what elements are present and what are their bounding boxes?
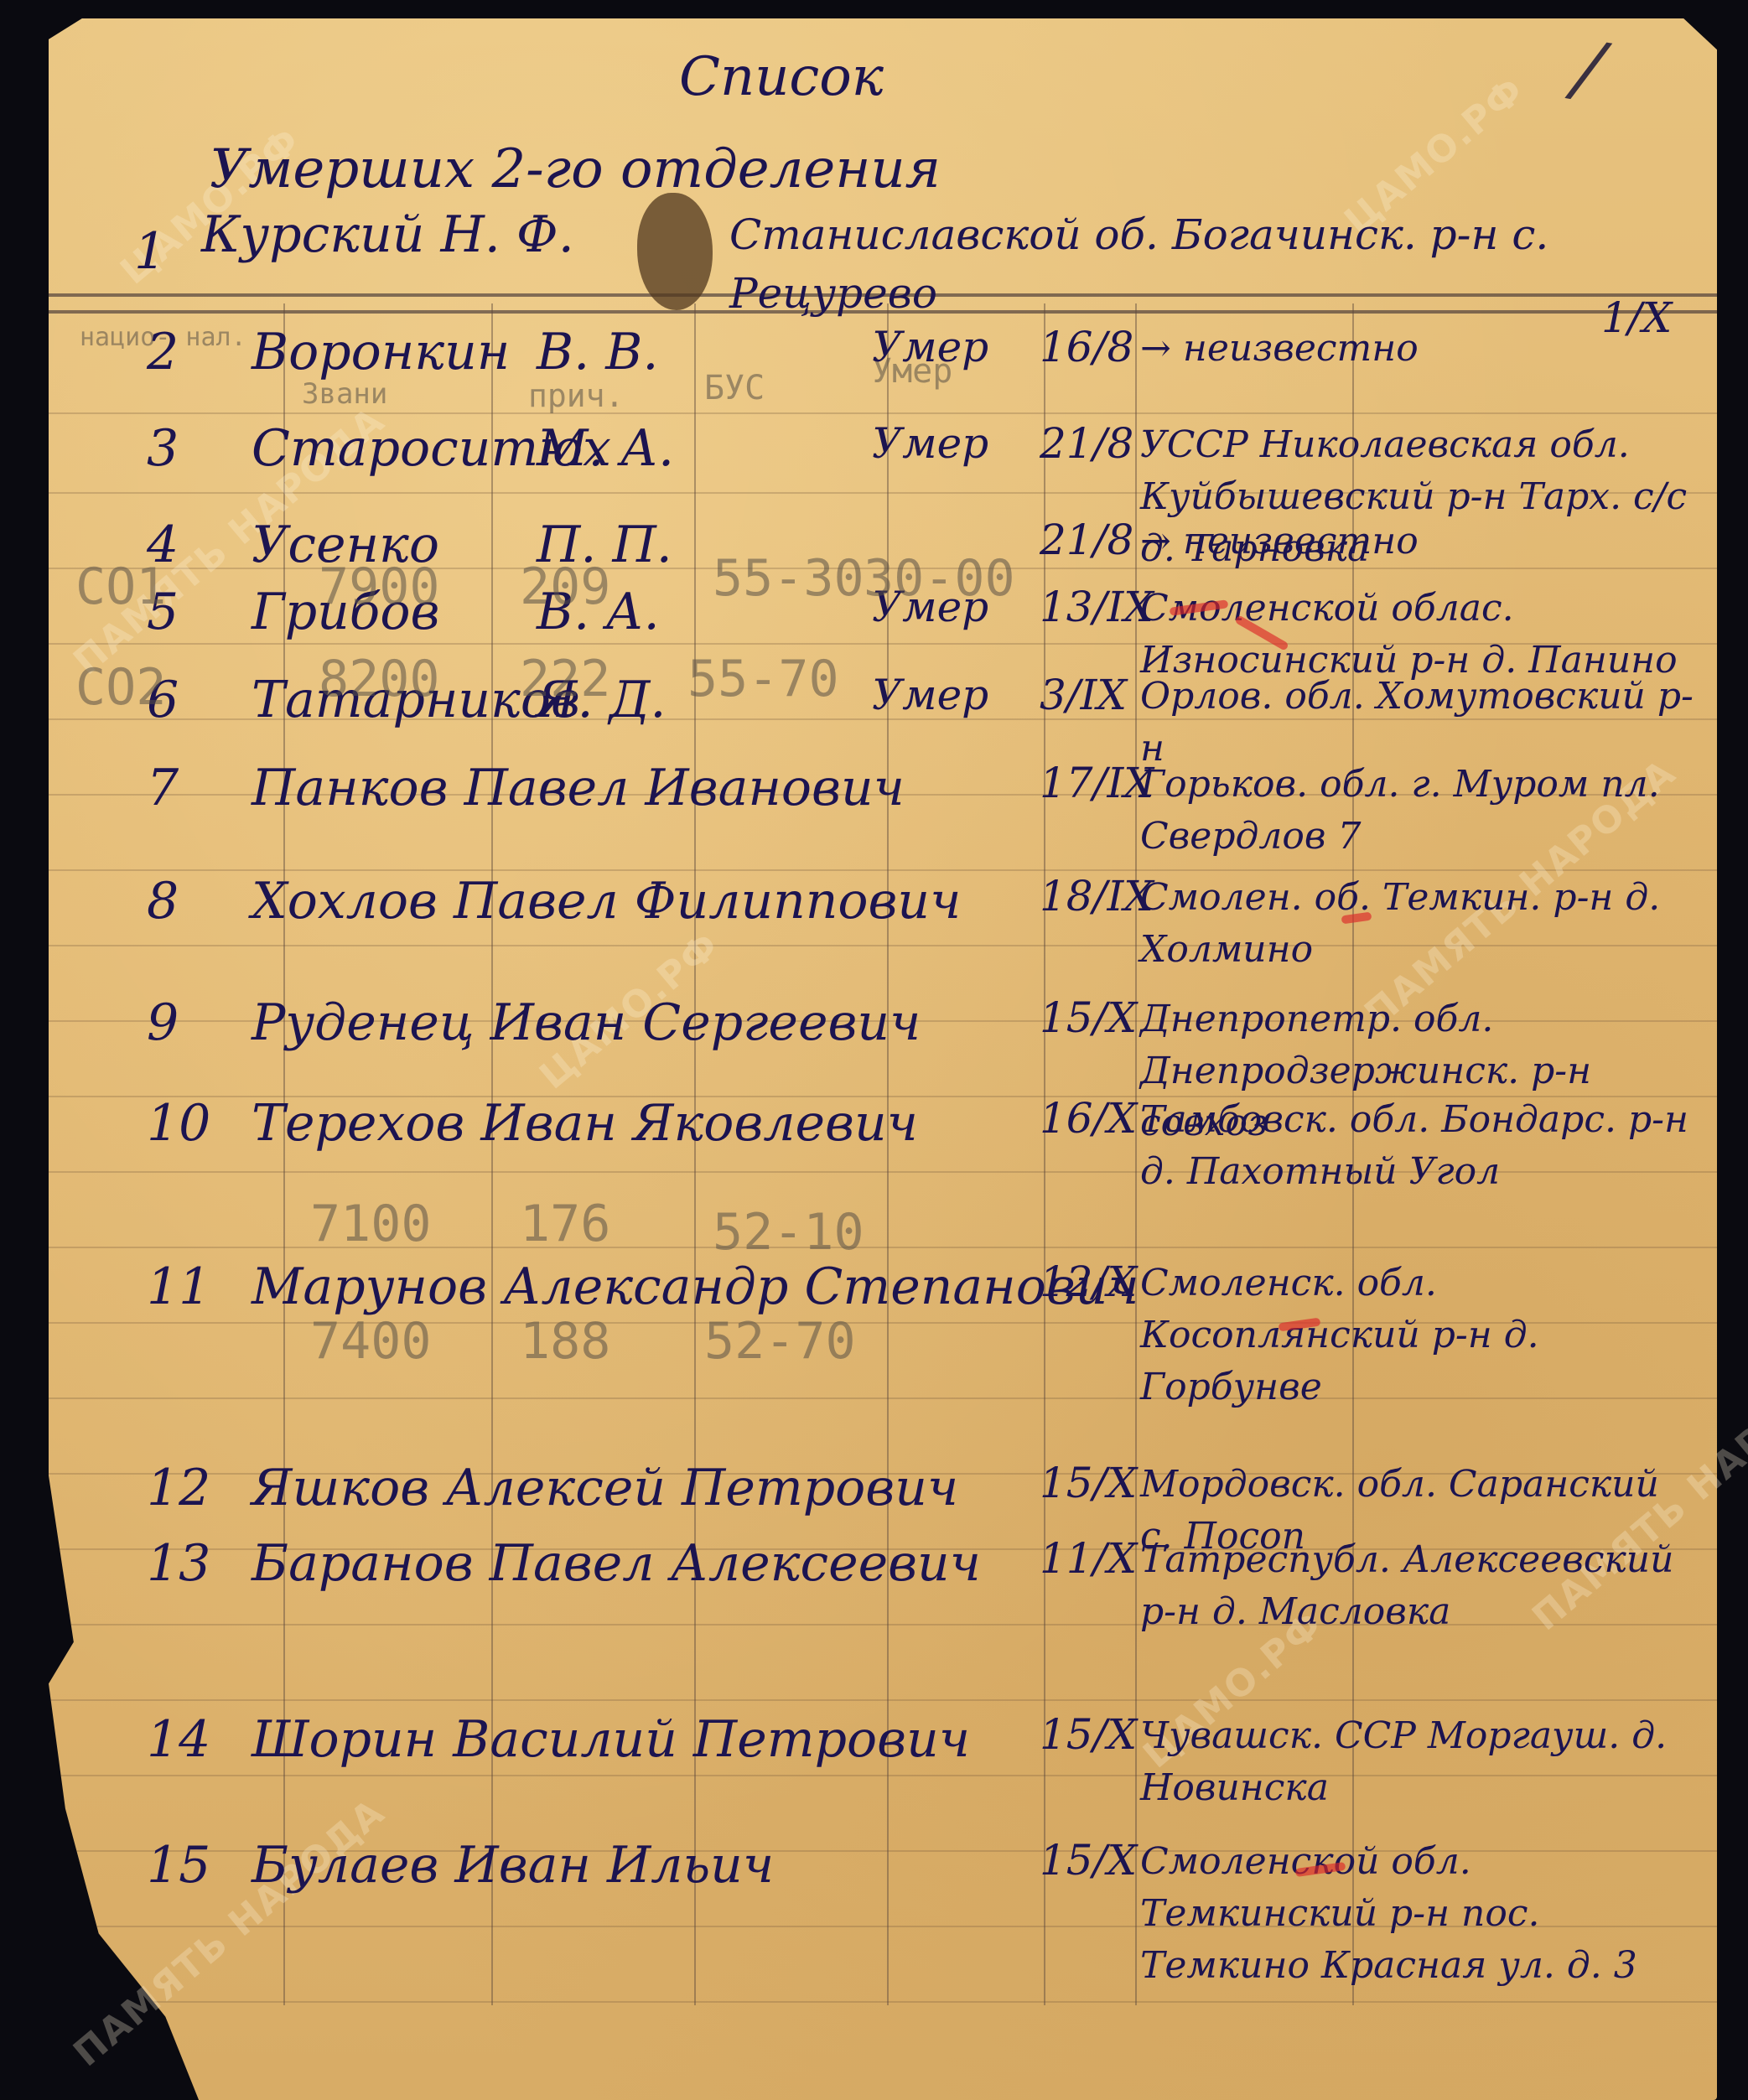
ink-stain bbox=[637, 193, 713, 310]
entry-date: 13/IX bbox=[1040, 583, 1154, 631]
pencil-note: 8200 bbox=[319, 650, 440, 708]
entry-status: Умер bbox=[872, 323, 988, 371]
entry-address: Татреспубл. Алексеевский р-н д. Масловка bbox=[1140, 1534, 1694, 1638]
entry-address: Тамбовск. обл. Бондарс. р-н д. Пахотный … bbox=[1140, 1094, 1694, 1198]
pencil-note: 52-70 bbox=[704, 1312, 856, 1371]
entry-address: Чувашск. ССР Моргауш. д. Новинска bbox=[1140, 1710, 1694, 1814]
pencil-note: 52-10 bbox=[713, 1203, 864, 1262]
entry-address: → неизвестно bbox=[1140, 323, 1694, 375]
entry-date: 12/X bbox=[1040, 1257, 1137, 1306]
page-title: Список bbox=[679, 46, 884, 108]
entry-date: 16/8 bbox=[1040, 323, 1133, 371]
pencil-note: 30-00 bbox=[864, 549, 1015, 608]
pencil-note: 188 bbox=[520, 1312, 610, 1371]
column-header: БУС bbox=[704, 369, 765, 407]
entry-date: 3/IX bbox=[1040, 671, 1127, 719]
pencil-note: 55-70 bbox=[687, 650, 839, 708]
pencil-note: 7900 bbox=[319, 557, 440, 616]
entry-address: Смоленск. обл. Косоплянский р-н д. Горбу… bbox=[1140, 1257, 1694, 1413]
entry-date: 18/IX bbox=[1040, 872, 1154, 920]
entry-name: Терехов Иван Яковлевич bbox=[252, 1094, 918, 1153]
entry-name: Панков Павел Иванович bbox=[252, 759, 905, 817]
pencil-note: 55-30 bbox=[713, 549, 864, 608]
page-subtitle: Умерших 2-го отделения bbox=[210, 138, 941, 200]
entry-status: Умер bbox=[872, 671, 988, 719]
entry-initials: В. В. bbox=[537, 323, 658, 381]
entry-date: 21/8 bbox=[1040, 419, 1133, 468]
entry-number: 7 bbox=[147, 759, 179, 817]
entry-number: 2 bbox=[147, 323, 179, 381]
pencil-note: 7100 bbox=[310, 1195, 432, 1253]
entry-name: Руденец Иван Сергеевич bbox=[252, 993, 921, 1052]
entry-name: Булаев Иван Ильич bbox=[252, 1836, 774, 1895]
entry-address: Смоленской обл. Темкинский р-н пос. Темк… bbox=[1140, 1836, 1694, 1992]
entry-number: 1 bbox=[134, 222, 166, 281]
entry-name: Марунов Александр Степанович bbox=[252, 1257, 1139, 1316]
pencil-note: 209 bbox=[520, 557, 610, 616]
column-header: прич. bbox=[528, 377, 624, 414]
entry-date: 15/X bbox=[1040, 1710, 1137, 1759]
entry-address: → неизвестно bbox=[1140, 516, 1694, 568]
entry-date: 21/8 bbox=[1040, 516, 1133, 564]
entry-date: 15/X bbox=[1040, 1836, 1137, 1885]
entry-name: Курский Н. Ф. bbox=[201, 205, 574, 264]
entry-initials: М. А. bbox=[537, 419, 674, 478]
entry-date: 16/X bbox=[1040, 1094, 1137, 1143]
entry-status: Умер bbox=[872, 419, 988, 468]
entry-number: 8 bbox=[147, 872, 179, 931]
entry-name: Баранов Павел Алексеевич bbox=[252, 1534, 981, 1593]
entry-number: 3 bbox=[147, 419, 179, 478]
pencil-note: СО2 bbox=[75, 658, 166, 717]
entry-date: 15/X bbox=[1040, 1459, 1137, 1507]
entry-number: 10 bbox=[147, 1094, 210, 1153]
pencil-note: 222 bbox=[520, 650, 610, 708]
entry-address: Смолен. об. Темкин. р-н д. Холмино bbox=[1140, 872, 1694, 976]
pencil-note: СО1 bbox=[75, 557, 166, 616]
entry-name: Воронкин bbox=[252, 323, 510, 381]
pencil-note: 7400 bbox=[310, 1312, 432, 1371]
entry-number: 12 bbox=[147, 1459, 210, 1517]
entry-number: 14 bbox=[147, 1710, 210, 1769]
entry-date: 15/X bbox=[1040, 993, 1137, 1042]
entry-date: 17/IX bbox=[1040, 759, 1154, 807]
column-header: Звани bbox=[302, 377, 387, 411]
entry-number: 9 bbox=[147, 993, 179, 1052]
entry-number: 13 bbox=[147, 1534, 210, 1593]
entry-name: Яшков Алексей Петрович bbox=[252, 1459, 958, 1517]
entry-address: Горьков. обл. г. Муром пл. Свердлов 7 bbox=[1140, 759, 1694, 863]
entry-number: 11 bbox=[147, 1257, 210, 1316]
entry-name: Шорин Василий Петрович bbox=[252, 1710, 970, 1769]
entry-name: Хохлов Павел Филиппович bbox=[252, 872, 961, 931]
pencil-note: 176 bbox=[520, 1195, 610, 1253]
entry-number: 15 bbox=[147, 1836, 210, 1895]
entry-date: 11/X bbox=[1040, 1534, 1137, 1583]
entry-address: Станиславской об. Богачинск. р-н с. Рецу… bbox=[729, 205, 1694, 323]
